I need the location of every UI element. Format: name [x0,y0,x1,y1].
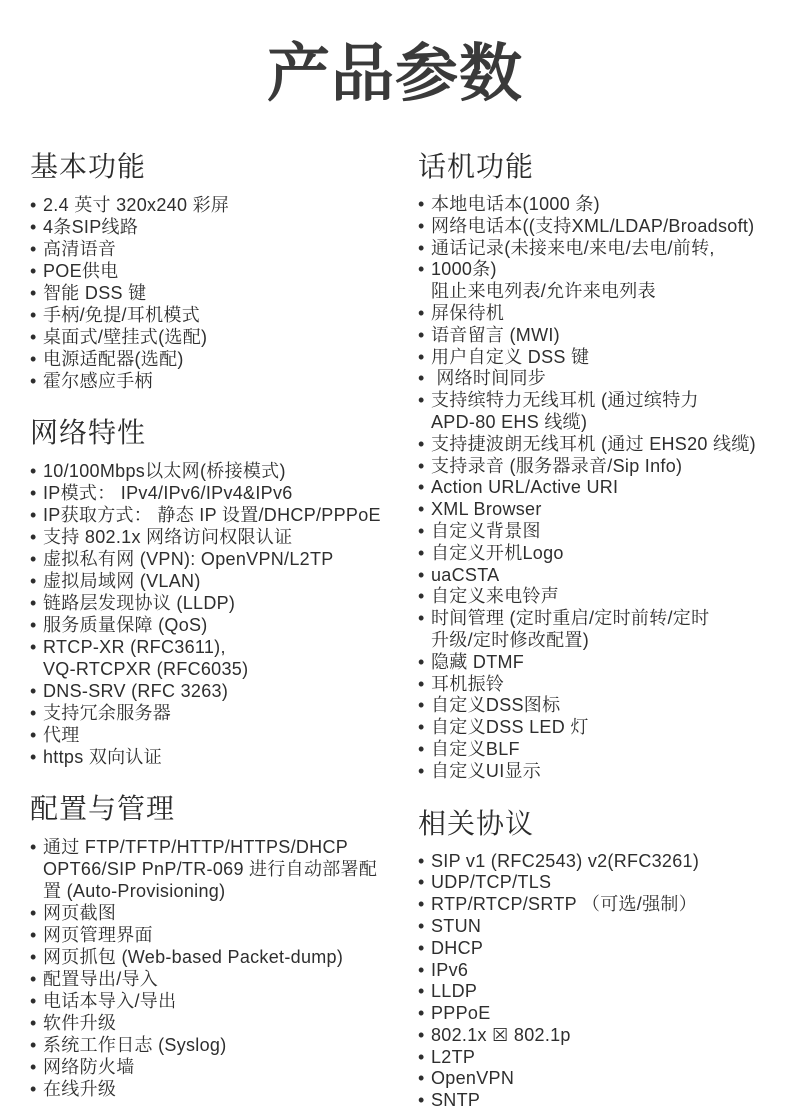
list-item: •耳机振铃 [418,674,780,696]
section-basic-functions: 基本功能 •2.4 英寸 320x240 彩屏•4条SIP线路•高清语音•POE… [30,150,418,392]
list-item-text: PPPoE [431,1003,491,1023]
list-item: •配置导出/导入 [30,968,418,990]
list-item-text: https 双向认证 [43,747,162,767]
bullet-icon: • [30,746,37,768]
list-item-text: 桌面式/壁挂式(选配) [43,327,207,347]
bullet-icon: • [30,1056,37,1078]
list-item-text: 霍尔感应手柄 [43,371,153,391]
list-item: •支持捷波朗无线耳机 (通过 EHS20 线缆) [418,434,780,456]
list-item: •自定义UI显示 [418,761,780,783]
list-item-text: 自定义开机Logo [431,543,564,563]
list-item-text: 网络防火墙 [43,1057,135,1077]
bullet-icon: • [30,1034,37,1056]
list-item: •虚拟私有网 (VPN): OpenVPN/L2TP [30,548,418,570]
list-item-text: DHCP [431,938,483,958]
list-item: •桌面式/壁挂式(选配) [30,326,418,348]
bullet-icon: • [418,325,425,347]
list-item: •虚拟局域网 (VLAN) [30,570,418,592]
list-item: •软件升级 [30,1012,418,1034]
bullet-icon: • [418,1068,425,1090]
bullet-icon: • [30,968,37,990]
list-item-text: UDP/TCP/TLS [431,872,551,892]
list-item: •网页抓包 (Web-based Packet-dump) [30,946,418,968]
bullet-icon: • [30,614,37,636]
list-item-text: L2TP [431,1047,475,1067]
list-item: •IP获取方式： 静态 IP 设置/DHCP/PPPoE [30,504,418,526]
list-item: •在线升级 [30,1078,418,1100]
list-item-text: 耳机振铃 [431,674,504,694]
list-item-text: IPv6 [431,960,468,980]
list-item: VQ-RTCPXR (RFC6035) [30,658,418,680]
bullet-icon: • [418,521,425,543]
list-item-text: 虚拟局域网 (VLAN) [43,571,201,591]
list-item-text: SIP v1 (RFC2543) v2(RFC3261) [431,851,699,871]
bullet-icon: • [30,526,37,548]
list-item-text: 自定义DSS图标 [431,695,560,715]
bullet-icon: • [30,216,37,238]
left-column: 基本功能 •2.4 英寸 320x240 彩屏•4条SIP线路•高清语音•POE… [30,110,418,1109]
list-item-text: 网络电话本((支持XML/LDAP/Broadsoft) [431,216,754,236]
bullet-icon: • [418,608,425,630]
list-item-text: 电话本导入/导出 [43,991,176,1011]
list-item-text: 阻止来电列表/允许来电列表 [431,281,656,301]
list-item-text: POE供电 [43,261,119,281]
list-item: •IP模式： IPv4/IPv6/IPv4&IPv6 [30,482,418,504]
bullet-icon: • [418,981,425,1003]
list-item: •uaCSTA [418,565,780,587]
bullet-icon: • [30,504,37,526]
list-item: •支持录音 (服务器录音/Sip Info) [418,456,780,478]
bullet-icon: • [30,990,37,1012]
list-item: •自定义BLF [418,739,780,761]
bullet-icon: • [418,499,425,521]
list-item: •网络防火墙 [30,1056,418,1078]
list-item-text: XML Browser [431,499,542,519]
list-item: •用户自定义 DSS 键 [418,347,780,369]
list-item: •代理 [30,724,418,746]
list-item: •POE供电 [30,260,418,282]
list-item-text: 支持录音 (服务器录音/Sip Info) [431,456,682,476]
list-item-text: 4条SIP线路 [43,217,138,237]
list-item-text: 服务质量保障 (QoS) [43,615,208,635]
bullet-icon: • [30,636,37,658]
list-item-text: 802.1x ☒ 802.1p [431,1025,571,1045]
bullet-icon: • [30,348,37,370]
list-item: •10/100Mbps以太网(桥接模式) [30,460,418,482]
bullet-icon: • [30,460,37,482]
bullet-icon: • [30,194,37,216]
list-item: •系统工作日志 (Syslog) [30,1034,418,1056]
list-item-text: 自定义UI显示 [431,761,541,781]
list-item: •服务质量保障 (QoS) [30,614,418,636]
list-item-text: 2.4 英寸 320x240 彩屏 [43,195,229,215]
bullet-icon: • [418,1090,425,1109]
bullet-icon: • [30,924,37,946]
bullet-icon: • [30,370,37,392]
list-item-text: 置 (Auto-Provisioning) [43,881,225,901]
list-item: •SNTP [418,1090,780,1109]
list-item-text: 网页截图 [43,903,116,923]
list-item-text: LLDP [431,981,477,1001]
bullet-icon: • [418,695,425,717]
bullet-icon: • [418,652,425,674]
bullet-icon: • [30,304,37,326]
list-item-text: 电源适配器(选配) [43,349,184,369]
list-item-text: 1000条) [431,259,497,279]
list-item: •https 双向认证 [30,746,418,768]
section-heading-network-features: 网络特性 [30,416,418,450]
bullet-icon: • [30,260,37,282]
list-item: APD-80 EHS 线缆) [418,412,780,434]
section-network-features: 网络特性 •10/100Mbps以太网(桥接模式)•IP模式： IPv4/IPv… [30,416,418,768]
bullet-icon: • [30,592,37,614]
list-item: •网络电话本((支持XML/LDAP/Broadsoft) [418,216,780,238]
network-features-list: •10/100Mbps以太网(桥接模式)•IP模式： IPv4/IPv6/IPv… [30,460,418,768]
list-item-text: 虚拟私有网 (VPN): OpenVPN/L2TP [43,549,334,569]
list-item: 阻止来电列表/允许来电列表 [418,281,780,303]
list-item-text: IP模式： IPv4/IPv6/IPv4&IPv6 [43,483,293,503]
bullet-icon: • [418,1003,425,1025]
list-item: 置 (Auto-Provisioning) [30,880,418,902]
list-item-text: 本地电话本(1000 条) [431,194,600,214]
bullet-icon: • [418,456,425,478]
list-item-text: RTCP-XR (RFC3611), [43,637,226,657]
list-item-text: Action URL/Active URI [431,477,618,497]
list-item-text: 支持捷波朗无线耳机 (通过 EHS20 线缆) [431,434,756,454]
list-item: •1000条) [418,259,780,281]
list-item-text: VQ-RTCPXR (RFC6035) [43,659,248,679]
bullet-icon: • [30,238,37,260]
list-item: •时间管理 (定时重启/定时前转/定时 [418,608,780,630]
right-column: 话机功能 •本地电话本(1000 条)•网络电话本((支持XML/LDAP/Br… [418,110,780,1109]
list-item: •IPv6 [418,960,780,982]
list-item: •通过 FTP/TFTP/HTTP/HTTPS/DHCP [30,836,418,858]
bullet-icon: • [418,543,425,565]
list-item-text: 通过 FTP/TFTP/HTTP/HTTPS/DHCP [43,837,348,857]
related-protocols-list: •SIP v1 (RFC2543) v2(RFC3261)•UDP/TCP/TL… [418,851,780,1109]
list-item-text: 通话记录(未接来电/来电/去电/前转, [431,238,715,258]
list-item-text: STUN [431,916,481,936]
bullet-icon: • [418,674,425,696]
list-item: •自定义DSS LED 灯 [418,717,780,739]
list-item: •网页截图 [30,902,418,924]
list-item-text: 支持 802.1x 网络访问权限认证 [43,527,292,547]
section-related-protocols: 相关协议 •SIP v1 (RFC2543) v2(RFC3261)•UDP/T… [418,807,780,1109]
list-item: •手柄/免提/耳机模式 [30,304,418,326]
list-item: •SIP v1 (RFC2543) v2(RFC3261) [418,851,780,873]
list-item: •STUN [418,916,780,938]
bullet-icon: • [30,1012,37,1034]
list-item-text: 代理 [43,725,80,745]
bullet-icon: • [418,216,425,238]
bullet-icon: • [418,434,425,456]
list-item: •DNS-SRV (RFC 3263) [30,680,418,702]
bullet-icon: • [418,851,425,873]
list-item-text: 自定义BLF [431,739,520,759]
bullet-icon: • [418,586,425,608]
phone-functions-list: •本地电话本(1000 条)•网络电话本((支持XML/LDAP/Broadso… [418,194,780,783]
bullet-icon: • [418,761,425,783]
bullet-icon: • [30,282,37,304]
list-item-text: 时间管理 (定时重启/定时前转/定时 [431,608,709,628]
list-item-text: 在线升级 [43,1079,116,1099]
list-item-text: 网页抓包 (Web-based Packet-dump) [43,947,343,967]
list-item: •Action URL/Active URI [418,477,780,499]
list-item-text: 智能 DSS 键 [43,283,146,303]
list-item: •2.4 英寸 320x240 彩屏 [30,194,418,216]
list-item: •链路层发现协议 (LLDP) [30,592,418,614]
bullet-icon: • [30,326,37,348]
bullet-icon: • [30,570,37,592]
list-item-text: 10/100Mbps以太网(桥接模式) [43,461,286,481]
bullet-icon: • [418,960,425,982]
columns: 基本功能 •2.4 英寸 320x240 彩屏•4条SIP线路•高清语音•POE… [0,110,790,1109]
section-config-management: 配置与管理 •通过 FTP/TFTP/HTTP/HTTPS/DHCPOPT66/… [30,792,418,1100]
bullet-icon: • [418,194,425,216]
bullet-icon: • [30,724,37,746]
list-item-text: RTP/RTCP/SRTP （可选/强制） [431,894,697,914]
page-title: 产品参数 [0,0,790,110]
list-item-text: 语音留言 (MWI) [431,325,560,345]
list-item-text: APD-80 EHS 线缆) [431,412,587,432]
list-item: •802.1x ☒ 802.1p [418,1025,780,1047]
list-item-text: 自定义来电铃声 [431,586,559,606]
list-item: •网页管理界面 [30,924,418,946]
list-item: •LLDP [418,981,780,1003]
bullet-icon: • [418,477,425,499]
list-item-text: 支持冗余服务器 [43,703,171,723]
section-heading-related-protocols: 相关协议 [418,807,780,841]
bullet-icon: • [418,894,425,916]
bullet-icon: • [30,482,37,504]
bullet-icon: • [418,303,425,325]
list-item-text: OpenVPN [431,1068,514,1088]
list-item-text: 用户自定义 DSS 键 [431,347,589,367]
list-item-text: 升级/定时修改配置) [431,630,589,650]
bullet-icon: • [418,739,425,761]
bullet-icon: • [418,259,425,281]
list-item-text: 高清语音 [43,239,116,259]
list-item: •霍尔感应手柄 [30,370,418,392]
bullet-icon: • [30,548,37,570]
bullet-icon: • [30,836,37,858]
list-item: • 网络时间同步 [418,368,780,390]
list-item: •自定义来电铃声 [418,586,780,608]
section-heading-phone-functions: 话机功能 [418,150,780,184]
list-item-text: 网页管理界面 [43,925,153,945]
list-item-text: uaCSTA [431,565,500,585]
bullet-icon: • [418,872,425,894]
list-item: •电话本导入/导出 [30,990,418,1012]
bullet-icon: • [30,680,37,702]
basic-functions-list: •2.4 英寸 320x240 彩屏•4条SIP线路•高清语音•POE供电•智能… [30,194,418,392]
list-item-text: 手柄/免提/耳机模式 [43,305,200,325]
list-item-text: 软件升级 [43,1013,116,1033]
list-item: •语音留言 (MWI) [418,325,780,347]
list-item: •本地电话本(1000 条) [418,194,780,216]
list-item: •DHCP [418,938,780,960]
bullet-icon: • [418,565,425,587]
bullet-icon: • [30,1078,37,1100]
list-item: •4条SIP线路 [30,216,418,238]
list-item: •自定义DSS图标 [418,695,780,717]
bullet-icon: • [30,902,37,924]
list-item-text: DNS-SRV (RFC 3263) [43,681,228,701]
list-item: •智能 DSS 键 [30,282,418,304]
list-item: •UDP/TCP/TLS [418,872,780,894]
section-heading-config-management: 配置与管理 [30,792,418,826]
list-item: •支持冗余服务器 [30,702,418,724]
product-spec-sheet: 产品参数 基本功能 •2.4 英寸 320x240 彩屏•4条SIP线路•高清语… [0,0,790,1109]
section-phone-functions: 话机功能 •本地电话本(1000 条)•网络电话本((支持XML/LDAP/Br… [418,150,780,783]
bullet-icon: • [418,938,425,960]
bullet-icon: • [418,717,425,739]
list-item-text: 隐藏 DTMF [431,652,524,672]
config-management-list: •通过 FTP/TFTP/HTTP/HTTPS/DHCPOPT66/SIP Pn… [30,836,418,1100]
list-item: 升级/定时修改配置) [418,630,780,652]
list-item: •RTCP-XR (RFC3611), [30,636,418,658]
list-item: •高清语音 [30,238,418,260]
list-item: •通话记录(未接来电/来电/去电/前转, [418,238,780,260]
list-item-text: 链路层发现协议 (LLDP) [43,593,235,613]
list-item: OPT66/SIP PnP/TR-069 进行自动部署配 [30,858,418,880]
list-item-text: 系统工作日志 (Syslog) [43,1035,227,1055]
list-item: •RTP/RTCP/SRTP （可选/强制） [418,894,780,916]
section-heading-basic-functions: 基本功能 [30,150,418,184]
list-item-text: 支持缤特力无线耳机 (通过缤特力 [431,390,699,410]
list-item: •隐藏 DTMF [418,652,780,674]
bullet-icon: • [418,347,425,369]
list-item-text: 自定义背景图 [431,521,541,541]
list-item: •自定义开机Logo [418,543,780,565]
list-item-text: 屏保待机 [431,303,504,323]
list-item-text: SNTP [431,1090,480,1109]
bullet-icon: • [30,702,37,724]
list-item: •电源适配器(选配) [30,348,418,370]
bullet-icon: • [418,1025,425,1047]
list-item: •屏保待机 [418,303,780,325]
bullet-icon: • [30,946,37,968]
bullet-icon: • [418,238,425,260]
bullet-icon: • [418,916,425,938]
list-item: •自定义背景图 [418,521,780,543]
list-item-text: IP获取方式： 静态 IP 设置/DHCP/PPPoE [43,505,381,525]
bullet-icon: • [418,368,425,390]
list-item: •支持 802.1x 网络访问权限认证 [30,526,418,548]
list-item-text: 自定义DSS LED 灯 [431,717,589,737]
list-item: •L2TP [418,1047,780,1069]
bullet-icon: • [418,390,425,412]
list-item-text: 配置导出/导入 [43,969,158,989]
list-item: •支持缤特力无线耳机 (通过缤特力 [418,390,780,412]
list-item-text: 网络时间同步 [431,368,546,388]
list-item-text: OPT66/SIP PnP/TR-069 进行自动部署配 [43,859,377,879]
list-item: •PPPoE [418,1003,780,1025]
list-item: •XML Browser [418,499,780,521]
bullet-icon: • [418,1047,425,1069]
list-item: •OpenVPN [418,1068,780,1090]
